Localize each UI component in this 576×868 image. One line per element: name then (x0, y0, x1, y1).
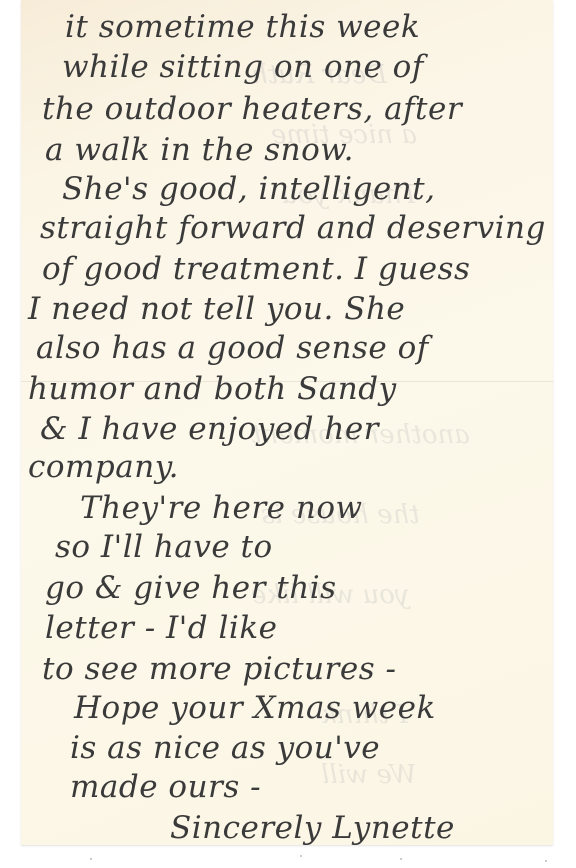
handwritten-line: a walk in the snow. (45, 132, 354, 168)
handwritten-line: I need not tell you. She (28, 291, 405, 327)
handwritten-line: company. (28, 449, 179, 485)
handwritten-line: made ours - (70, 769, 261, 805)
handwritten-line: is as nice as you've (70, 730, 380, 766)
signature: Sincerely Lynette (170, 810, 455, 846)
handwritten-line: humor and both Sandy (28, 371, 397, 407)
handwritten-line: They're here now (80, 490, 363, 526)
handwritten-line: Hope your Xmas week (74, 690, 436, 726)
handwritten-line: straight forward and deserving (40, 210, 546, 246)
handwritten-line: it sometime this week (65, 9, 420, 45)
handwritten-line: of good treatment. I guess (42, 251, 470, 287)
handwritten-line: so I'll have to (55, 529, 273, 565)
handwritten-line: also has a good sense of (36, 330, 429, 366)
handwritten-line: & I have enjoyed her (40, 411, 379, 447)
handwritten-line: She's good, intelligent, (62, 171, 435, 207)
handwritten-line: while sitting on one of (62, 49, 424, 85)
handwritten-line: the outdoor heaters, after (42, 91, 462, 127)
letter-page: Dear Ruth a nice time Thank you another … (21, 0, 553, 845)
handwritten-line: letter - I'd like (45, 610, 277, 646)
handwritten-line: go & give her this (45, 570, 337, 606)
handwritten-line: to see more pictures - (42, 651, 396, 687)
